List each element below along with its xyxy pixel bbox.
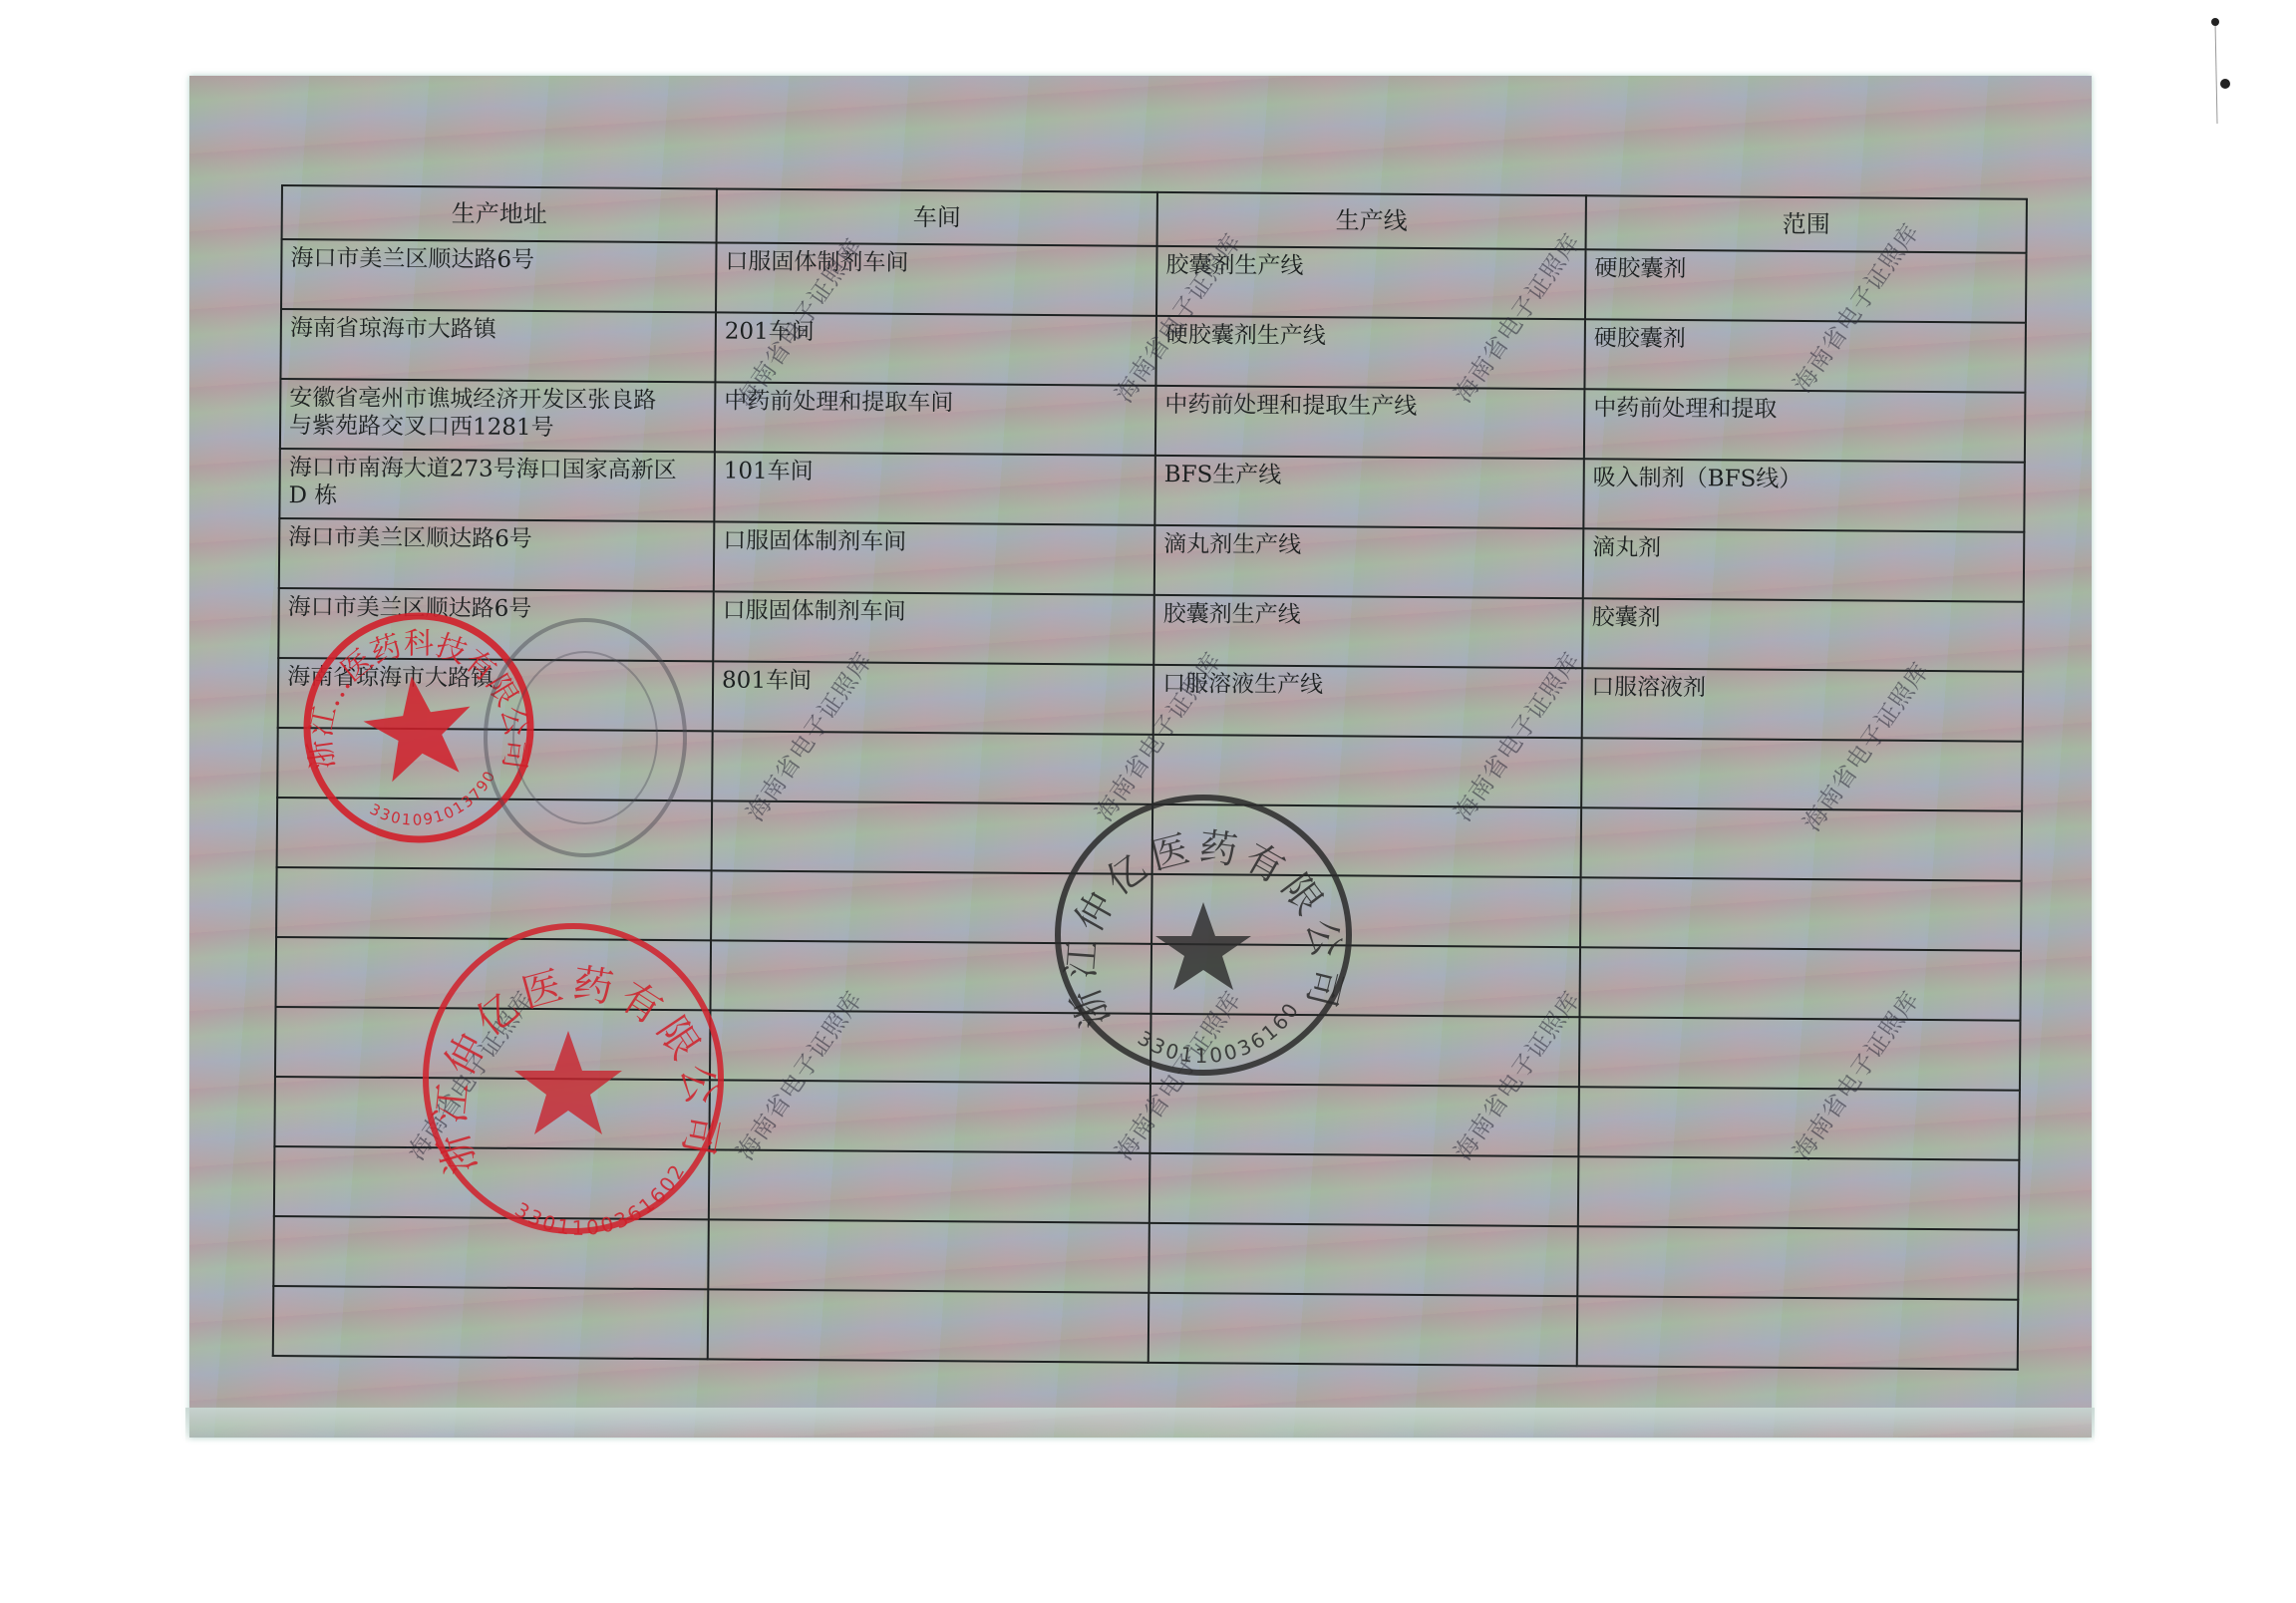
scan-edge [185,1408,2095,1443]
cell-production-line: 中药前处理和提取生产线 [1155,386,1585,459]
empty-cell [1149,1153,1579,1226]
empty-cell [1577,1226,2019,1299]
svg-text:3301100361602: 3301100361602 [510,1158,691,1240]
empty-cell [1580,877,2022,950]
empty-cell [1148,1293,1578,1366]
cell-address: 安徽省亳州市谯城经济开发区张良路 与紫苑路交叉口西1281号 [280,379,716,452]
empty-cell [273,1286,709,1359]
cell-production-line: BFS生产线 [1154,456,1584,528]
empty-cell [1581,738,2023,810]
cell-scope: 胶囊剂 [1582,598,2024,671]
cell-address: 海口市美兰区顺达路6号 [281,239,717,312]
empty-cell [708,1289,1149,1362]
cell-workshop: 中药前处理和提取车间 [715,382,1156,455]
cell-workshop: 801车间 [713,661,1154,734]
cell-workshop: 口服固体制剂车间 [713,591,1154,664]
cell-workshop: 口服固体制剂车间 [714,521,1155,594]
empty-cell [708,1219,1149,1292]
seal-faint-grey [479,613,693,862]
cell-address: 海南省琼海市大路镇 [280,309,716,382]
cell-scope: 吸入制剂（BFS线） [1583,459,2025,531]
table-row-empty [273,1286,2018,1370]
empty-cell [1577,1296,2019,1369]
cell-workshop: 口服固体制剂车间 [716,242,1157,315]
cell-scope: 滴丸剂 [1583,528,2025,601]
cell-address: 海口市南海大道273号海口国家高新区 D 栋 [279,449,715,521]
cell-address: 海口市美兰区顺达路6号 [279,518,715,591]
empty-cell [709,1149,1150,1222]
empty-cell [1579,1017,2021,1090]
cell-scope: 硬胶囊剂 [1585,249,2027,322]
header-scope: 范围 [1586,195,2027,252]
header-workshop: 车间 [717,188,1157,245]
scan-artifact-mark [2203,14,2233,134]
seal-bottom-left: 浙江仲亿医药有限公司 3301100361602 [419,919,728,1238]
header-address: 生产地址 [282,185,717,242]
seal-center: 浙江仲亿医药有限公司 3301100361602 [1052,791,1356,1080]
cell-production-line: 滴丸剂生产线 [1154,525,1584,598]
cell-workshop: 101车间 [714,452,1155,524]
cell-scope: 口服溶液剂 [1582,668,2024,741]
cell-scope: 中药前处理和提取 [1584,389,2026,462]
empty-cell [1148,1223,1578,1296]
empty-cell [1579,947,2021,1020]
empty-cell [1578,1156,2020,1229]
